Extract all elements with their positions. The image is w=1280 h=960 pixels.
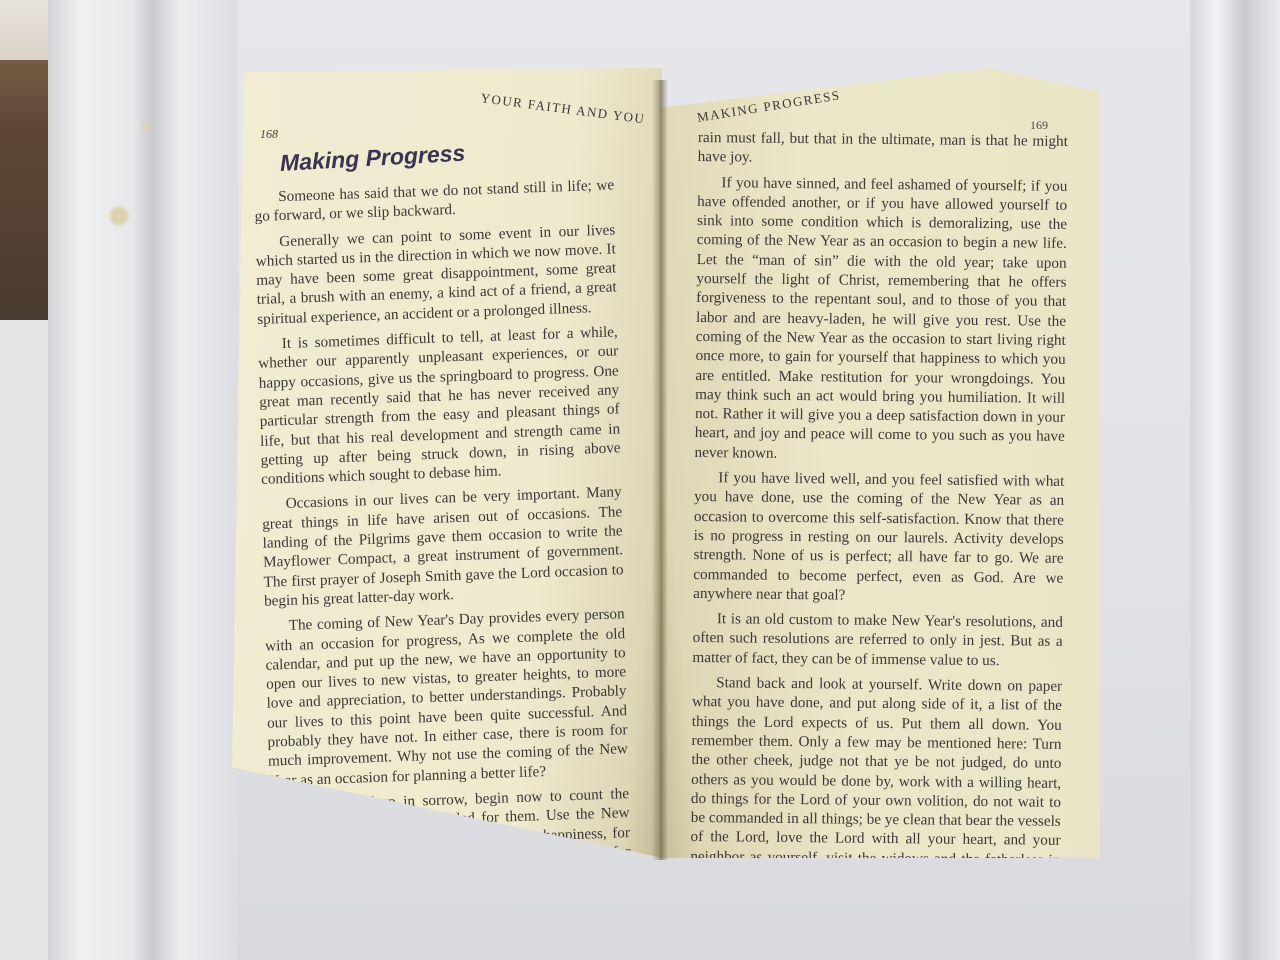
paragraph: If you have sinned, and feel ashamed of … — [695, 173, 1068, 466]
white-trim-right — [1190, 0, 1280, 960]
paragraph: Stand back and look at yourself. Write d… — [690, 673, 1062, 858]
right-page-body: rain must fall, but that in the ultimate… — [690, 128, 1068, 858]
stain-spot — [140, 120, 154, 134]
running-head-left: YOUR FAITH AND YOU — [480, 90, 647, 127]
paragraph: If you have lived well, and you feel sat… — [693, 468, 1064, 607]
page-number-left: 168 — [260, 127, 278, 142]
paragraph-continuation: rain must fall, but that in the ultimate… — [698, 128, 1068, 170]
white-trim-left — [48, 0, 238, 960]
stain-spot — [108, 205, 130, 227]
right-page: MAKING PROGRESS 169 rain must fall, but … — [660, 68, 1100, 858]
paragraph: Occasions in our lives can be very impor… — [262, 483, 625, 611]
paragraph: Someone has said that we do not stand st… — [254, 175, 615, 226]
paragraph: It is an old custom to make New Year's r… — [692, 609, 1063, 671]
paragraph: The coming of New Year's Day provides ev… — [264, 604, 628, 790]
left-page-body: Someone has said that we do not stand st… — [254, 175, 632, 862]
chapter-title: Making Progress — [279, 140, 465, 177]
left-page: 168 YOUR FAITH AND YOU Making Progress S… — [232, 68, 662, 863]
paragraph: It is sometimes difficult to tell, at le… — [258, 322, 622, 489]
paragraph: Generally we can point to some event in … — [255, 220, 617, 329]
book-gutter — [652, 80, 668, 860]
